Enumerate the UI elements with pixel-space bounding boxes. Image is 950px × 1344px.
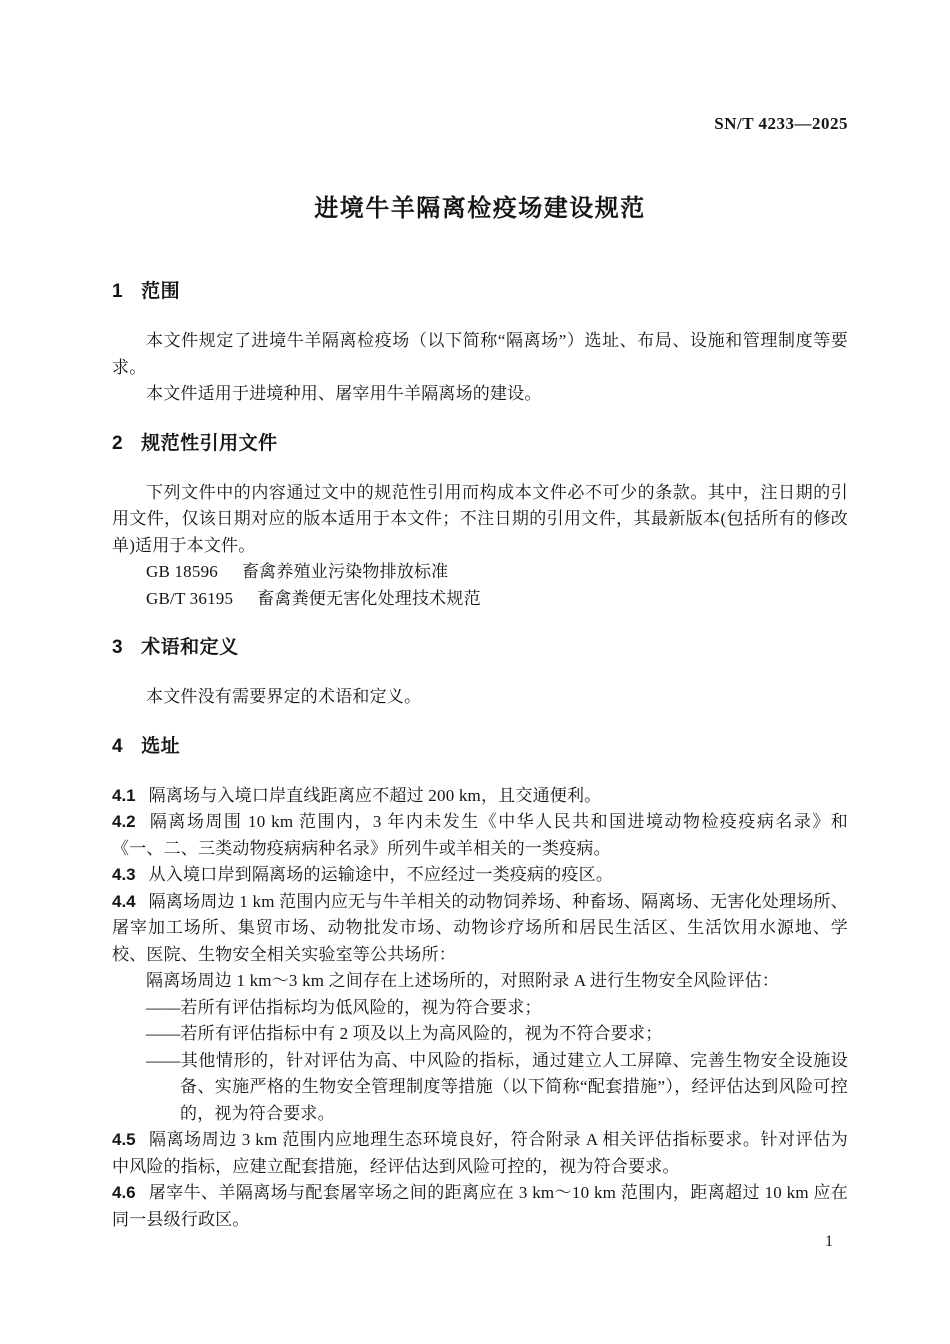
normative-reference: GB 18596畜禽养殖业污染物排放标准 <box>112 559 848 586</box>
paragraph: 本文件没有需要界定的术语和定义。 <box>112 684 848 711</box>
section-heading: 3术语和定义 <box>112 638 848 658</box>
section-heading: 1范围 <box>112 282 848 302</box>
section-title: 规范性引用文件 <box>141 433 278 454</box>
document-title: 进境牛羊隔离检疫场建设规范 <box>112 195 848 223</box>
page-number: 1 <box>825 1233 833 1251</box>
clause-number: 4.6 <box>112 1183 136 1202</box>
reference-code: GB/T 36195 <box>146 586 233 613</box>
section-heading: 2规范性引用文件 <box>112 434 848 454</box>
clause-4.1: 4.1隔离场与入境口岸直线距离应不超过 200 km，且交通便利。 <box>112 783 848 810</box>
clause-4.3: 4.3从入境口岸到隔离场的运输途中，不应经过一类疫病的疫区。 <box>112 862 848 889</box>
section-heading: 4选址 <box>112 737 848 757</box>
section-number: 3 <box>112 638 123 658</box>
reference-title: 畜禽粪便无害化处理技术规范 <box>257 589 481 608</box>
section-4: 4选址4.1隔离场与入境口岸直线距离应不超过 200 km，且交通便利。4.2隔… <box>112 737 848 1234</box>
section-1: 1范围本文件规定了进境牛羊隔离检疫场（以下简称“隔离场”）选址、布局、设施和管理… <box>112 282 848 408</box>
clause-number: 4.4 <box>112 892 136 911</box>
clause-number: 4.3 <box>112 865 136 884</box>
document-page: SN/T 4233—2025 进境牛羊隔离检疫场建设规范 1范围本文件规定了进境… <box>0 0 950 1344</box>
clause-text: 屠宰牛、羊隔离场与配套屠宰场之间的距离应在 3 km～10 km 范围内，距离超… <box>112 1183 848 1229</box>
paragraph: 下列文件中的内容通过文中的规范性引用而构成本文件必不可少的条款。其中，注日期的引… <box>112 480 848 560</box>
section-3: 3术语和定义本文件没有需要界定的术语和定义。 <box>112 638 848 711</box>
section-number: 4 <box>112 737 123 757</box>
clause-text: 隔离场周围 10 km 范围内，3 年内未发生《中华人民共和国进境动物检疫疫病名… <box>112 812 848 858</box>
paragraph: 隔离场周边 1 km～3 km 之间存在上述场所的，对照附录 A 进行生物安全风… <box>112 968 848 995</box>
dash-list-item: ——若所有评估指标中有 2 项及以上为高风险的，视为不符合要求； <box>146 1021 848 1048</box>
paragraph: 本文件规定了进境牛羊隔离检疫场（以下简称“隔离场”）选址、布局、设施和管理制度等… <box>112 328 848 381</box>
clause-number: 4.1 <box>112 786 136 805</box>
document-body: 1范围本文件规定了进境牛羊隔离检疫场（以下简称“隔离场”）选址、布局、设施和管理… <box>112 282 848 1233</box>
reference-code: GB 18596 <box>146 559 218 586</box>
standard-number: SN/T 4233—2025 <box>112 114 848 134</box>
section-title: 选址 <box>141 736 180 757</box>
clause-text: 从入境口岸到隔离场的运输途中，不应经过一类疫病的疫区。 <box>149 865 613 884</box>
clause-text: 隔离场与入境口岸直线距离应不超过 200 km，且交通便利。 <box>149 786 602 805</box>
section-number: 1 <box>112 282 123 302</box>
section-number: 2 <box>112 434 123 454</box>
clause-4.4: 4.4隔离场周边 1 km 范围内应无与牛羊相关的动物饲养场、种畜场、隔离场、无… <box>112 889 848 969</box>
clause-4.5: 4.5隔离场周边 3 km 范围内应地理生态环境良好，符合附录 A 相关评估指标… <box>112 1127 848 1180</box>
normative-reference: GB/T 36195畜禽粪便无害化处理技术规范 <box>112 586 848 613</box>
reference-title: 畜禽养殖业污染物排放标准 <box>242 562 448 581</box>
section-title: 术语和定义 <box>141 637 239 658</box>
clause-4.2: 4.2隔离场周围 10 km 范围内，3 年内未发生《中华人民共和国进境动物检疫… <box>112 809 848 862</box>
section-title: 范围 <box>141 281 180 302</box>
clause-text: 隔离场周边 3 km 范围内应地理生态环境良好，符合附录 A 相关评估指标要求。… <box>112 1130 848 1176</box>
dash-list-item: ——若所有评估指标均为低风险的，视为符合要求； <box>146 995 848 1022</box>
clause-number: 4.5 <box>112 1130 136 1149</box>
clause-4.6: 4.6屠宰牛、羊隔离场与配套屠宰场之间的距离应在 3 km～10 km 范围内，… <box>112 1180 848 1233</box>
clause-number: 4.2 <box>112 812 136 831</box>
paragraph: 本文件适用于进境种用、屠宰用牛羊隔离场的建设。 <box>112 381 848 408</box>
section-2: 2规范性引用文件下列文件中的内容通过文中的规范性引用而构成本文件必不可少的条款。… <box>112 434 848 613</box>
dash-list-item: ——其他情形的，针对评估为高、中风险的指标，通过建立人工屏障、完善生物安全设施设… <box>146 1048 848 1128</box>
clause-text: 隔离场周边 1 km 范围内应无与牛羊相关的动物饲养场、种畜场、隔离场、无害化处… <box>112 892 848 964</box>
